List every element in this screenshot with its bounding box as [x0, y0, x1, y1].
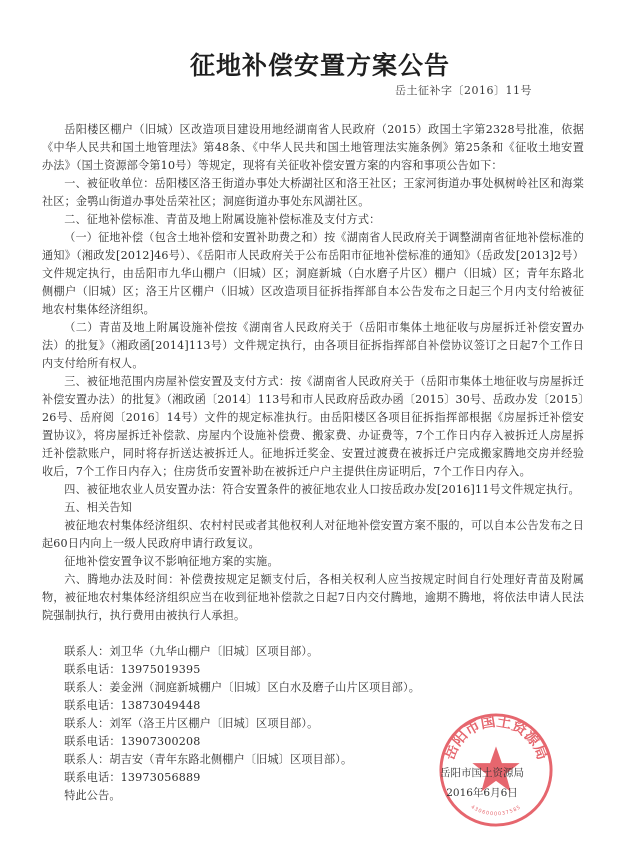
section-1-paragraph: 一、被征收单位：岳阳楼区洛王街道办事处大桥湖社区和洛王社区；王家河街道办事处枫树…	[42, 175, 584, 211]
section-6-paragraph: 六、腾地办法及时间：补偿费按规定足额支付后，各相关权利人应当按规定时间自行处理好…	[42, 571, 584, 625]
seal-serial: 4306000037585	[470, 804, 523, 817]
section-5-dispute-paragraph: 征地补偿安置争议不影响征地方案的实施。	[42, 553, 584, 571]
section-3-paragraph: 三、被征地范围内房屋补偿安置及支付方式：按《湖南省人民政府关于（岳阳市集体土地征…	[42, 373, 584, 481]
document-title: 征地补偿安置方案公告	[0, 46, 640, 82]
section-5-notice-paragraph: 被征地农村集体经济组织、农村村民或者其他权利人对征地补偿安置方案不服的，可以自本…	[42, 517, 584, 553]
intro-paragraph: 岳阳楼区棚户（旧城）区改造项目建设用地经湖南省人民政府（2015）政国土字第23…	[42, 121, 584, 175]
document-body: 岳阳楼区棚户（旧城）区改造项目建设用地经湖南省人民政府（2015）政国土字第23…	[42, 121, 584, 805]
document-page: 征地补偿安置方案公告 岳土征补字〔2016〕11号 岳阳楼区棚户（旧城）区改造项…	[0, 0, 640, 848]
section-4-paragraph: 四、被征地农业人员安置办法：符合安置条件的被征地农业人口按岳政办发[2016]1…	[42, 481, 584, 499]
document-number: 岳土征补字〔2016〕11号	[395, 82, 532, 98]
issuer-name: 岳阳市国土资源局	[427, 763, 537, 783]
section-5-heading: 五、相关告知	[42, 499, 584, 517]
spacer	[42, 625, 584, 643]
contact-person: 联系人：姜金洲（洞庭新城棚户〔旧城〕区白水及磨子山片区项目部）。	[42, 679, 584, 697]
signature-block: 岳阳市国土资源局 2016年6月6日	[427, 763, 537, 803]
section-2-2-paragraph: （二）青苗及地上附属设施补偿按《湖南省人民政府关于（岳阳市集体土地征收与房屋拆迁…	[42, 319, 584, 373]
section-2-heading: 二、征地补偿标准、青苗及地上附属设施补偿标准及支付方式：	[42, 211, 584, 229]
svg-text:4306000037585: 4306000037585	[470, 804, 523, 817]
contact-phone: 联系电话：13975019395	[42, 661, 584, 679]
issue-date: 2016年6月6日	[427, 783, 537, 803]
contact-person: 联系人：刘卫华（九华山棚户〔旧城〕区项目部）。	[42, 643, 584, 661]
section-2-1-paragraph: （一）征地补偿（包含土地补偿和安置补助费之和）按《湖南省人民政府关于调整湖南省征…	[42, 229, 584, 319]
